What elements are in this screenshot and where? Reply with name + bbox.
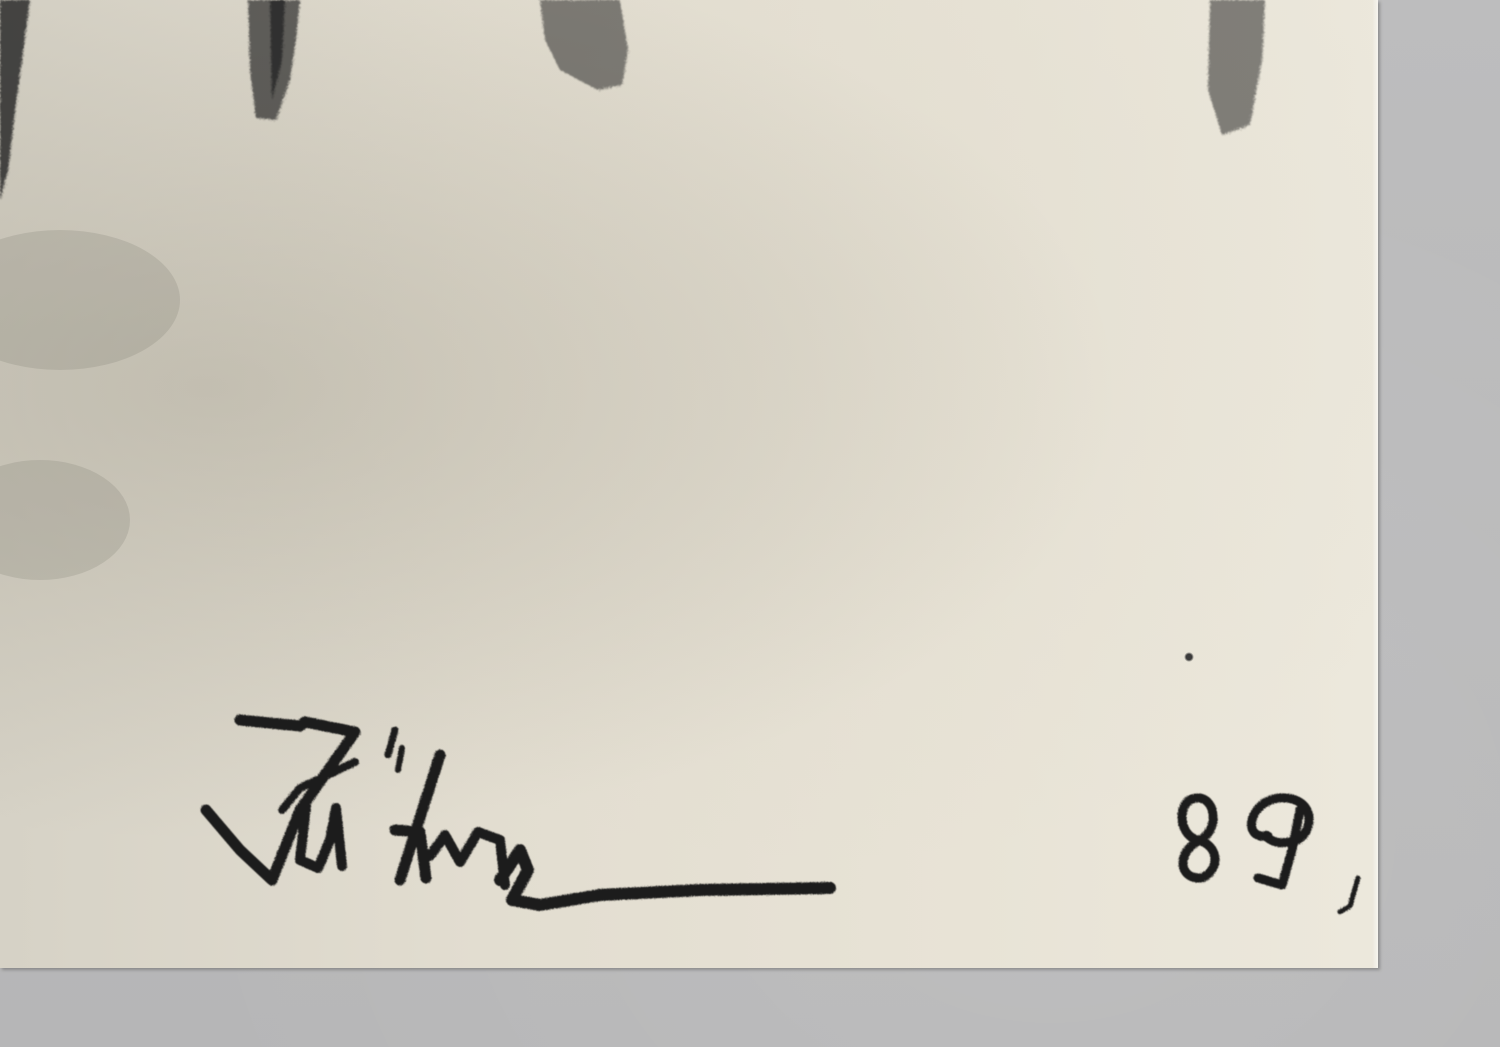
pinhole-mark bbox=[1184, 652, 1194, 662]
artist-signature bbox=[0, 0, 1378, 968]
drawing-paper: Kühne 89 bbox=[0, 0, 1378, 968]
